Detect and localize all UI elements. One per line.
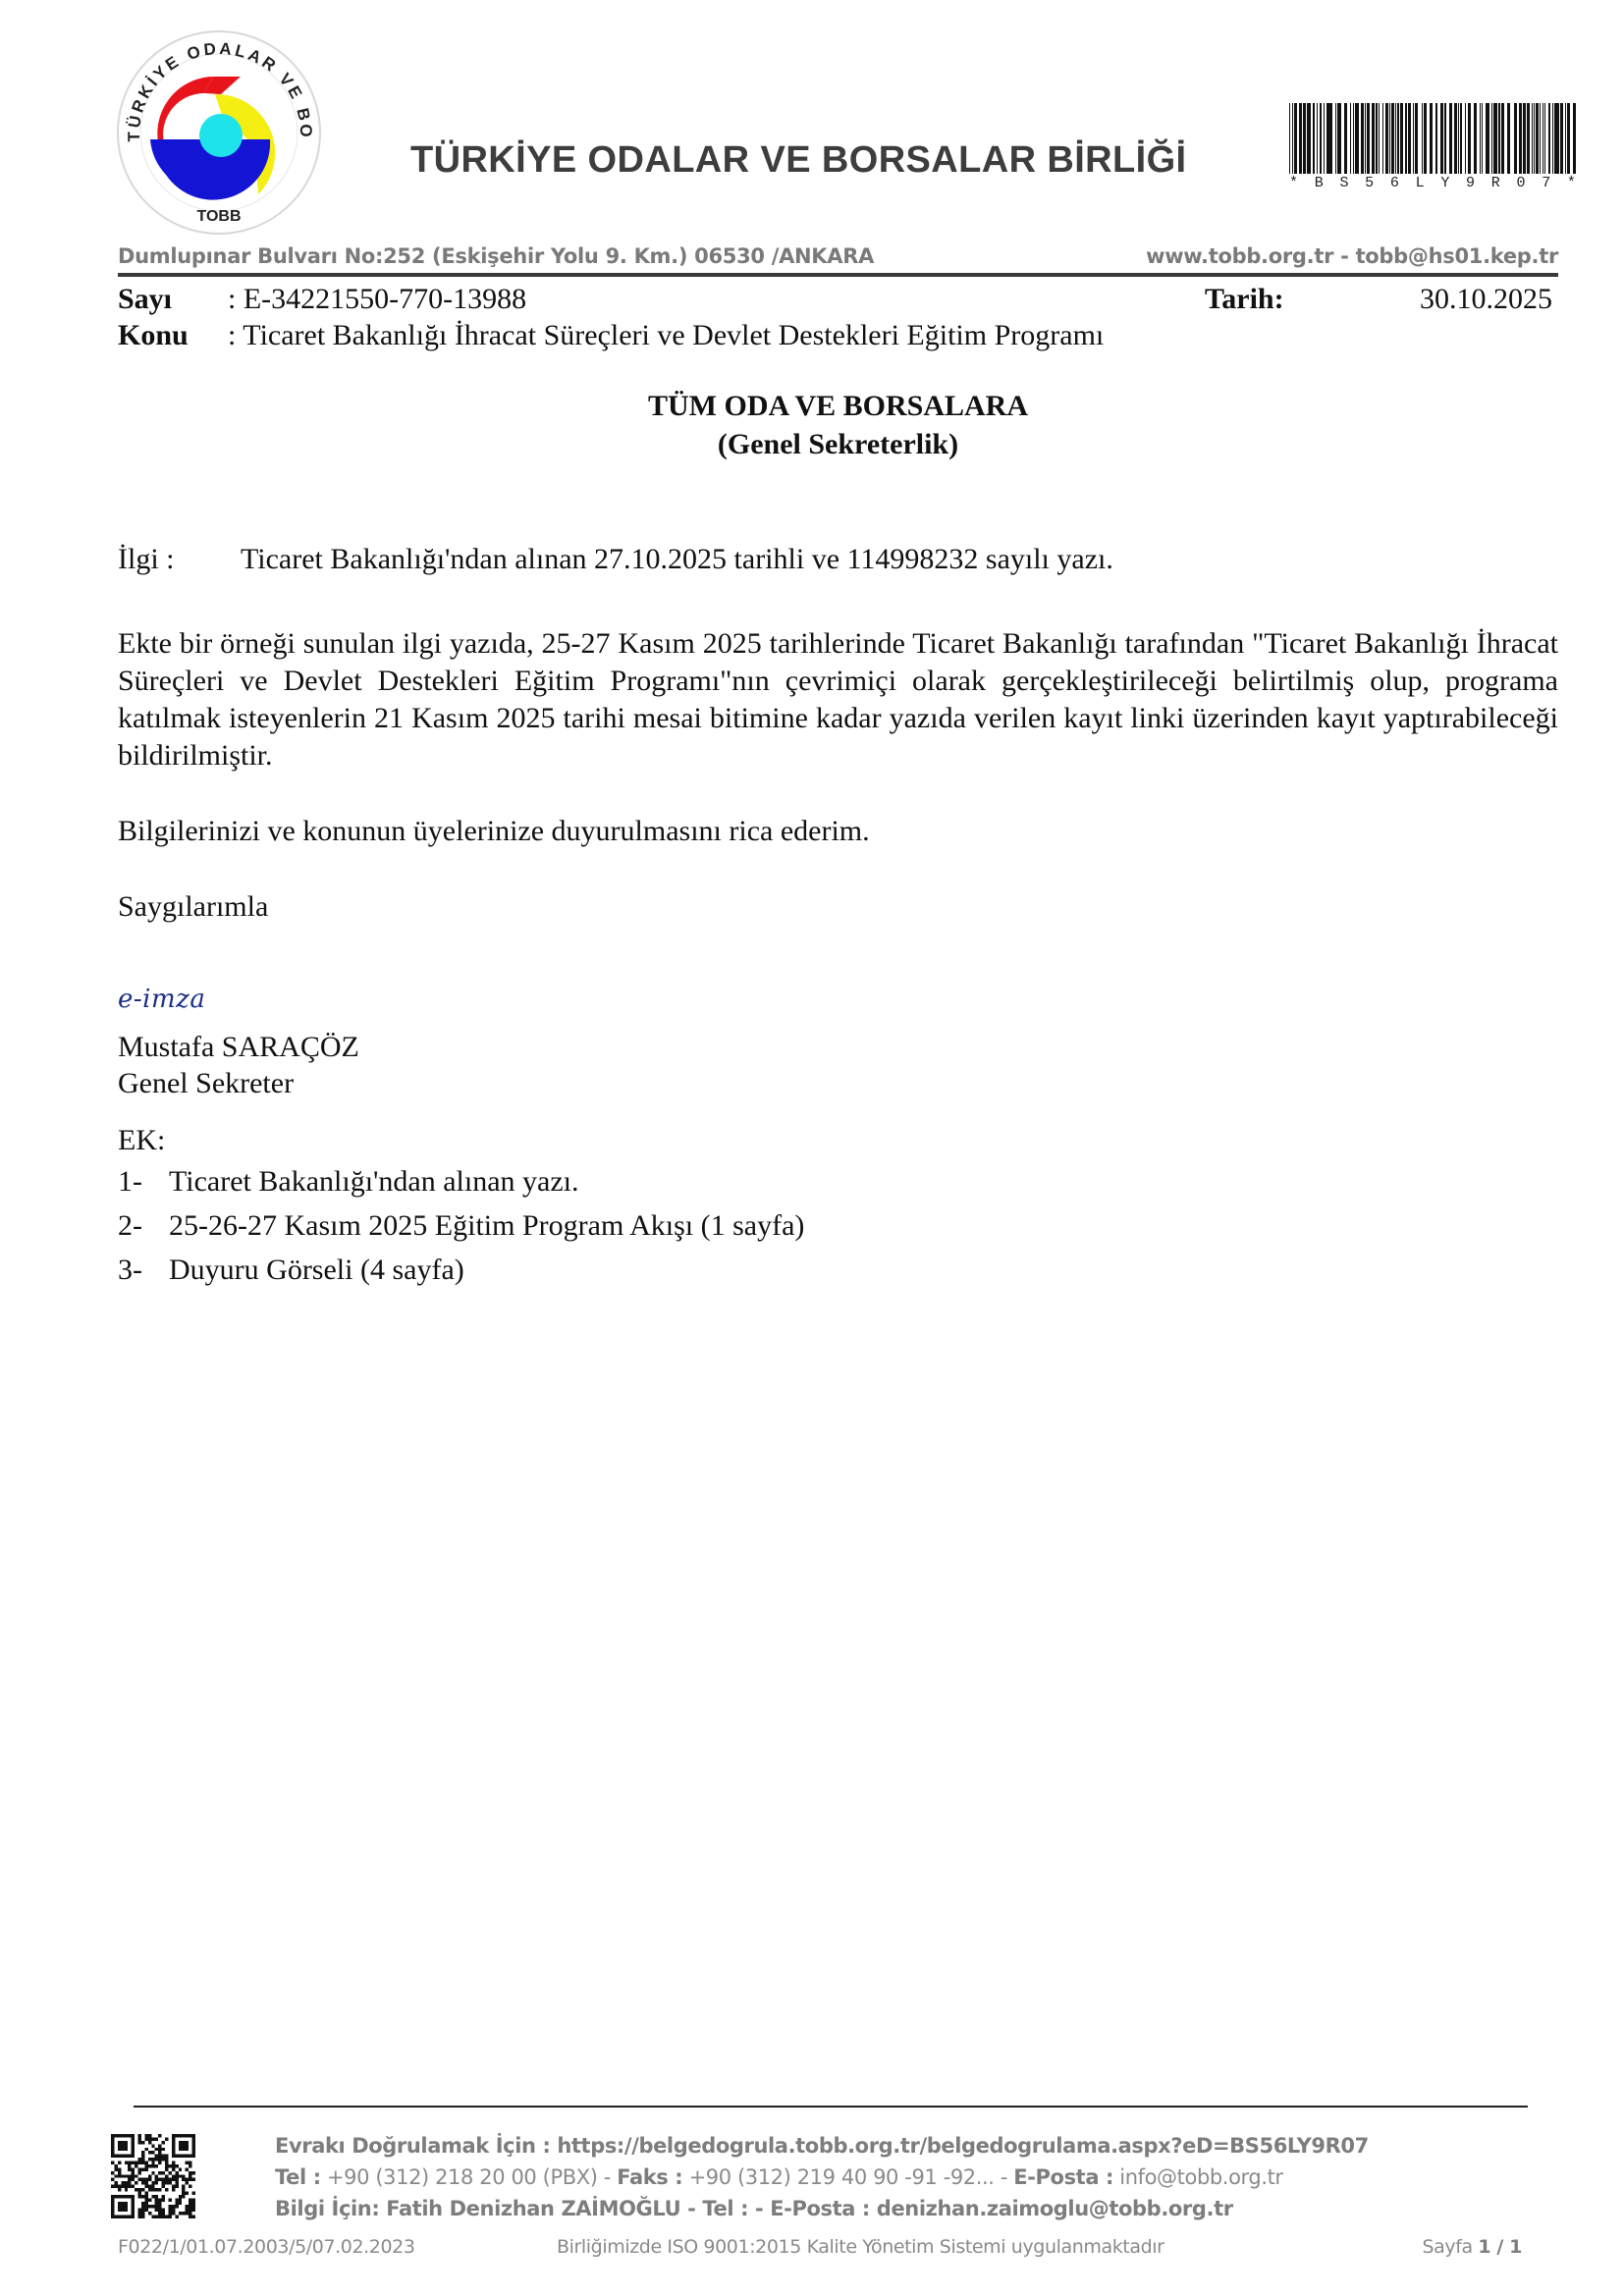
attachments-label: EK: — [118, 1124, 165, 1157]
e-signature-mark: e-imza — [118, 985, 205, 1014]
verification-link[interactable]: Evrakı Doğrulamak İçin : https://belgedo… — [275, 2134, 1369, 2158]
barcode-char: * — [1289, 175, 1298, 191]
page-label: Sayfa — [1422, 2236, 1478, 2258]
page-number: Sayfa 1 / 1 — [1422, 2236, 1522, 2258]
email-value[interactable]: info@tobb.org.tr — [1113, 2165, 1283, 2189]
tel-label: Tel : — [275, 2165, 321, 2189]
address: Dumlupınar Bulvarı No:252 (Eskişehir Yol… — [118, 244, 874, 268]
fax-value: +90 (312) 219 40 90 -91 -92... - — [682, 2165, 1013, 2189]
ilgi-value: Ticaret Bakanlığı'ndan alınan 27.10.2025… — [241, 543, 1113, 576]
tobb-logo: TÜRKİYE ODALAR VE BORSALAR BİRLİĞİ TOBB — [113, 29, 329, 238]
attachment-number: 1- — [118, 1165, 169, 1199]
attachment-number: 3- — [118, 1254, 169, 1287]
tarih-value: 30.10.2025 — [1420, 283, 1552, 316]
signer-title: Genel Sekreter — [118, 1067, 294, 1100]
attachment-item: 2-25-26-27 Kasım 2025 Eğitim Program Akı… — [118, 1209, 804, 1243]
barcode-char: B — [1315, 175, 1324, 191]
barcode-char: 6 — [1390, 175, 1399, 191]
info-contact: Bilgi İçin: Fatih Denizhan ZAİMOĞLU - Te… — [275, 2197, 1233, 2220]
page-value: 1 / 1 — [1478, 2236, 1522, 2258]
attachment-text: 25-26-27 Kasım 2025 Eğitim Program Akışı… — [169, 1209, 804, 1242]
footer-divider — [134, 2106, 1528, 2108]
closing: Saygılarımla — [118, 890, 268, 924]
addressee-line: TÜM ODA VE BORSALARA — [0, 390, 1624, 423]
ilgi-label: İlgi : — [118, 543, 175, 576]
contact-line: Tel : +90 (312) 218 20 00 (PBX) - Faks :… — [275, 2165, 1283, 2189]
barcode-text: *BS56LY9R07* — [1289, 175, 1576, 191]
barcode-char: 0 — [1516, 175, 1525, 191]
fax-label: Faks : — [617, 2165, 682, 2189]
body-paragraph: Ekte bir örneği sunulan ilgi yazıda, 25-… — [118, 625, 1558, 774]
barcode-char: * — [1567, 175, 1576, 191]
barcode-char: L — [1416, 175, 1425, 191]
barcode-icon — [1289, 103, 1576, 174]
barcode-char: 7 — [1542, 175, 1550, 191]
konu-label: Konu — [118, 319, 189, 352]
attachment-number: 2- — [118, 1209, 169, 1243]
web-contact[interactable]: www.tobb.org.tr - tobb@hs01.kep.tr — [1146, 244, 1558, 268]
sayi-value: : E-34221550-770-13988 — [228, 283, 526, 316]
attachment-item: 3-Duyuru Görseli (4 sayfa) — [118, 1254, 464, 1287]
iso-statement: Birliğimizde ISO 9001:2015 Kalite Yöneti… — [557, 2236, 1164, 2258]
attachment-text: Ticaret Bakanlığı'ndan alınan yazı. — [169, 1165, 579, 1198]
form-code: F022/1/01.07.2003/5/07.02.2023 — [118, 2236, 415, 2258]
attachment-item: 1-Ticaret Bakanlığı'ndan alınan yazı. — [118, 1165, 579, 1199]
attachment-text: Duyuru Görseli (4 sayfa) — [169, 1254, 464, 1286]
signer-name: Mustafa SARAÇÖZ — [118, 1031, 359, 1064]
email-label: E-Posta : — [1013, 2165, 1113, 2189]
tel-value: +90 (312) 218 20 00 (PBX) - — [321, 2165, 618, 2189]
header-divider — [118, 273, 1558, 277]
addressee-subline: (Genel Sekreterlik) — [0, 428, 1624, 461]
svg-text:TOBB: TOBB — [196, 208, 241, 225]
barcode-char: R — [1491, 175, 1500, 191]
barcode-char: S — [1339, 175, 1348, 191]
barcode-char: 9 — [1466, 175, 1475, 191]
barcode-char: 5 — [1365, 175, 1374, 191]
tarih-label: Tarih: — [1205, 283, 1284, 316]
request-paragraph: Bilgilerinizi ve konunun üyelerinize duy… — [118, 815, 870, 848]
konu-value: : Ticaret Bakanlığı İhracat Süreçleri ve… — [228, 319, 1104, 352]
organization-title: TÜRKİYE ODALAR VE BORSALAR BİRLİĞİ — [410, 139, 1187, 182]
barcode-char: Y — [1440, 175, 1449, 191]
sayi-label: Sayı — [118, 283, 172, 316]
qr-code-icon — [111, 2134, 195, 2218]
